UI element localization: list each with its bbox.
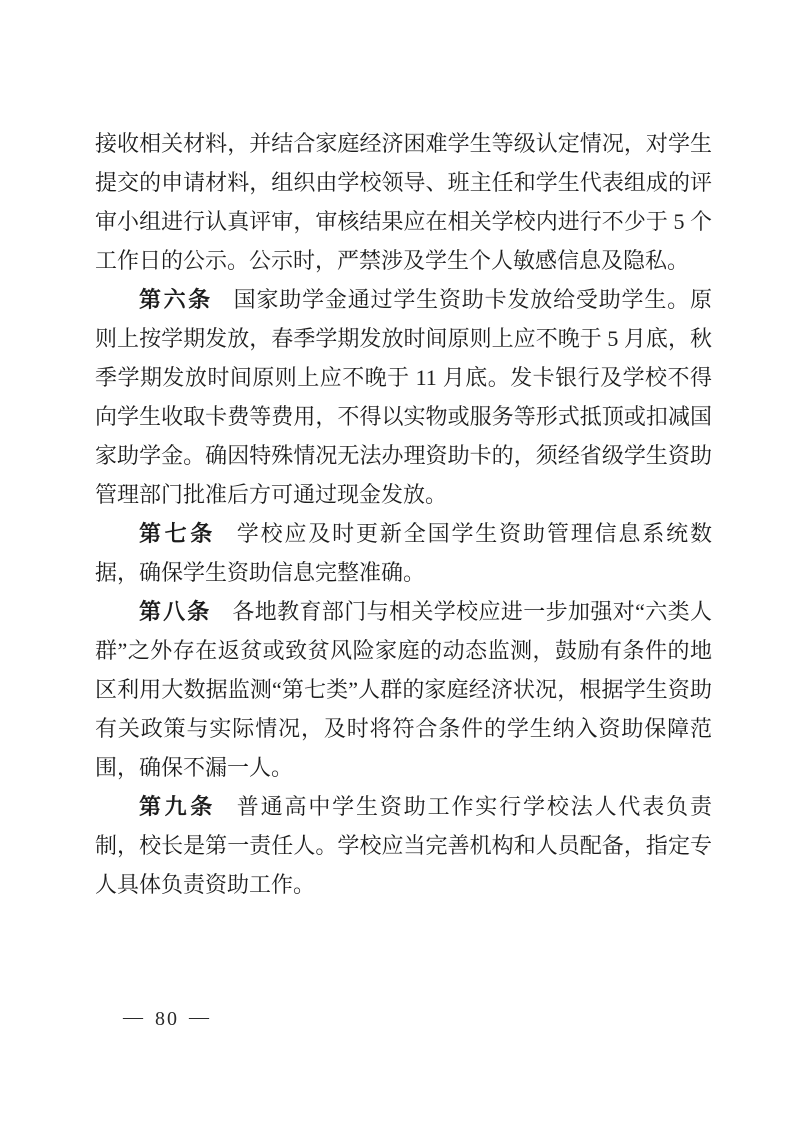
footer-right-dash: — <box>189 1004 211 1030</box>
page-footer: —80— <box>113 1006 221 1032</box>
article-8-text: 各地教育部门与相关学校应进一步加强对“六类人群”之外存在返贫或致贫风险家庭的动态… <box>95 599 712 780</box>
article-7-label: 第七条 <box>139 521 216 546</box>
paragraph-continuation-text: 接收相关材料，并结合家庭经济困难学生等级认定情况，对学生提交的申请材料，组织由学… <box>95 131 712 273</box>
paragraph-article-8: 第八条各地教育部门与相关学校应进一步加强对“六类人群”之外存在返贫或致贫风险家庭… <box>95 592 712 787</box>
document-page: 接收相关材料，并结合家庭经济困难学生等级认定情况，对学生提交的申请材料，组织由学… <box>0 0 800 1132</box>
paragraph-article-7: 第七条学校应及时更新全国学生资助管理信息系统数据，确保学生资助信息完整准确。 <box>95 514 712 592</box>
article-6-label: 第六条 <box>139 287 213 312</box>
paragraph-continuation: 接收相关材料，并结合家庭经济困难学生等级认定情况，对学生提交的申请材料，组织由学… <box>95 124 712 280</box>
paragraph-article-9: 第九条普通高中学生资助工作实行学校法人代表负责制，校长是第一责任人。学校应当完善… <box>95 787 712 904</box>
article-8-label: 第八条 <box>139 599 211 624</box>
article-9-label: 第九条 <box>139 794 216 819</box>
page-number: 80 <box>155 1008 179 1030</box>
document-body: 接收相关材料，并结合家庭经济困难学生等级认定情况，对学生提交的申请材料，组织由学… <box>95 124 712 904</box>
paragraph-article-6: 第六条国家助学金通过学生资助卡发放给受助学生。原则上按学期发放，春季学期发放时间… <box>95 280 712 514</box>
footer-left-dash: — <box>123 1004 145 1030</box>
article-6-text: 国家助学金通过学生资助卡发放给受助学生。原则上按学期发放，春季学期发放时间原则上… <box>95 287 712 507</box>
